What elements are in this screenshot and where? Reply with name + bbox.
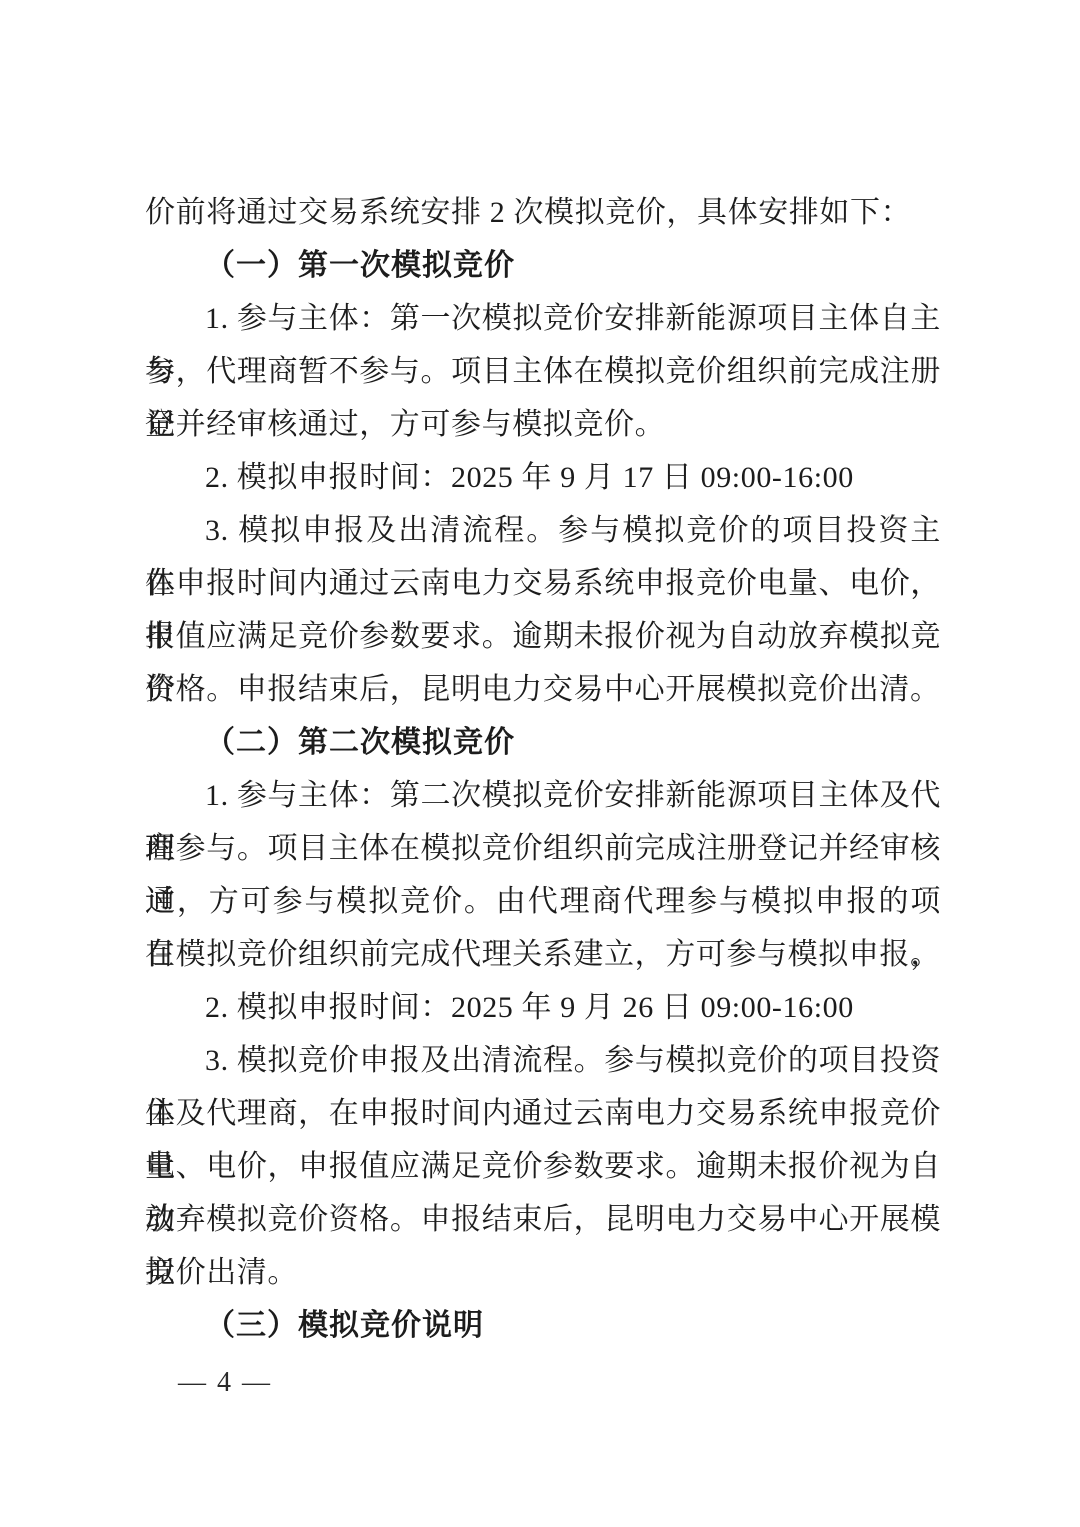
page-number: — 4 — [178,1360,272,1406]
paragraph-line: 3. 模拟竞价申报及出清流程。参与模拟竞价的项目投资主 [145,1034,941,1087]
paragraph-line: 记并经审核通过，方可参与模拟竞价。 [145,398,941,451]
section-2-heading: （二）第二次模拟竞价 [145,716,941,769]
paragraph-line: 放弃模拟竞价资格。申报结束后，昆明电力交易中心开展模拟 [145,1193,941,1246]
paragraph-line: 体及代理商，在申报时间内通过云南电力交易系统申报竞价电 [145,1087,941,1140]
section-1-heading: （一）第一次模拟竞价 [145,239,941,292]
paragraph-line: 与，代理商暂不参与。项目主体在模拟竞价组织前完成注册登 [145,345,941,398]
paragraph-line: 商参与。项目主体在模拟竞价组织前完成注册登记并经审核通 [145,822,941,875]
paragraph-line: 3. 模拟申报及出清流程。参与模拟竞价的项目投资主体， [145,504,941,557]
paragraph-line: 在申报时间内通过云南电力交易系统申报竞价电量、电价，申 [145,557,941,610]
paragraph-continued-line: 价前将通过交易系统安排 2 次模拟竞价，具体安排如下： [145,186,941,239]
paragraph-line: 过，方可参与模拟竞价。由代理商代理参与模拟申报的项目， [145,875,941,928]
report-time-1-line: 2. 模拟申报时间：2025 年 9 月 17 日 09:00-16:00 [145,451,941,504]
section-3-heading: （三）模拟竞价说明 [145,1299,941,1352]
paragraph-line: 竞价出清。 [145,1246,941,1299]
document-page: 价前将通过交易系统安排 2 次模拟竞价，具体安排如下： （一）第一次模拟竞价 1… [0,0,1080,1527]
report-time-2-line: 2. 模拟申报时间：2025 年 9 月 26 日 09:00-16:00 [145,981,941,1034]
paragraph-line: 在模拟竞价组织前完成代理关系建立，方可参与模拟申报。 [145,928,941,981]
paragraph-line: 1. 参与主体：第一次模拟竞价安排新能源项目主体自主参 [145,292,941,345]
paragraph-line: 1. 参与主体：第二次模拟竞价安排新能源项目主体及代理 [145,769,941,822]
paragraph-line: 量、电价，申报值应满足竞价参数要求。逾期未报价视为自动 [145,1140,941,1193]
document-body: 价前将通过交易系统安排 2 次模拟竞价，具体安排如下： （一）第一次模拟竞价 1… [145,186,941,1352]
paragraph-line: 报值应满足竞价参数要求。逾期未报价视为自动放弃模拟竞价 [145,610,941,663]
paragraph-line: 资格。申报结束后，昆明电力交易中心开展模拟竞价出清。 [145,663,941,716]
